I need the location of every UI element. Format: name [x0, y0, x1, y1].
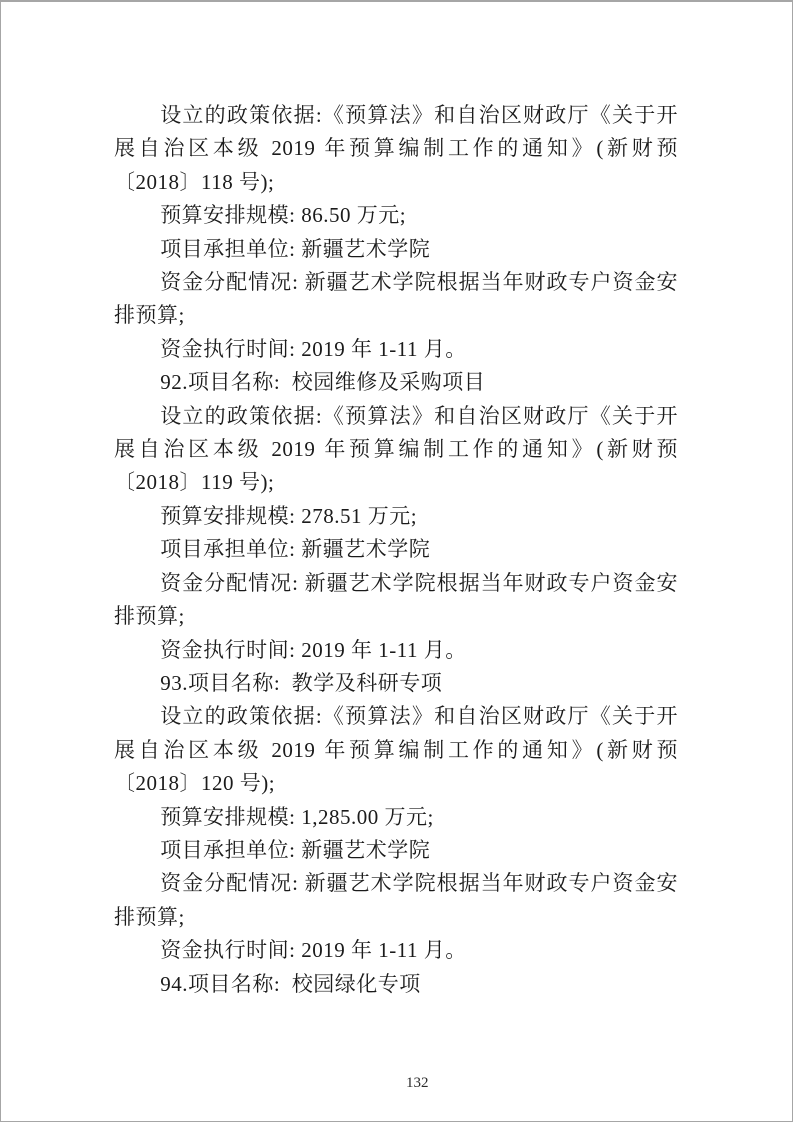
paragraph-policy-basis: 设立的政策依据:《预算法》和自治区财政厅《关于开展自治区本级 2019 年预算编… [114, 99, 678, 199]
page-body: 设立的政策依据:《预算法》和自治区财政厅《关于开展自治区本级 2019 年预算编… [114, 99, 678, 1001]
paragraph-undertaking-unit: 项目承担单位: 新疆艺术学院 [114, 533, 678, 566]
paragraph-fund-allocation: 资金分配情况: 新疆艺术学院根据当年财政专户资金安排预算; [114, 266, 678, 333]
paragraph-undertaking-unit: 项目承担单位: 新疆艺术学院 [114, 233, 678, 266]
paragraph-undertaking-unit: 项目承担单位: 新疆艺术学院 [114, 834, 678, 867]
paragraph-execution-time: 资金执行时间: 2019 年 1-11 月。 [114, 333, 678, 366]
paragraph-execution-time: 资金执行时间: 2019 年 1-11 月。 [114, 634, 678, 667]
paragraph-project-94-title: 94.项目名称: 校园绿化专项 [114, 968, 678, 1001]
paragraph-policy-basis: 设立的政策依据:《预算法》和自治区财政厅《关于开展自治区本级 2019 年预算编… [114, 700, 678, 800]
page-number: 132 [406, 1073, 429, 1093]
paragraph-policy-basis: 设立的政策依据:《预算法》和自治区财政厅《关于开展自治区本级 2019 年预算编… [114, 400, 678, 500]
paragraph-budget-scale: 预算安排规模: 278.51 万元; [114, 500, 678, 533]
paragraph-project-92-title: 92.项目名称: 校园维修及采购项目 [114, 366, 678, 399]
paragraph-execution-time: 资金执行时间: 2019 年 1-11 月。 [114, 934, 678, 967]
paragraph-project-93-title: 93.项目名称: 教学及科研专项 [114, 667, 678, 700]
paragraph-budget-scale: 预算安排规模: 86.50 万元; [114, 199, 678, 232]
paragraph-fund-allocation: 资金分配情况: 新疆艺术学院根据当年财政专户资金安排预算; [114, 567, 678, 634]
paragraph-fund-allocation: 资金分配情况: 新疆艺术学院根据当年财政专户资金安排预算; [114, 867, 678, 934]
document-page: 设立的政策依据:《预算法》和自治区财政厅《关于开展自治区本级 2019 年预算编… [0, 0, 793, 1122]
paragraph-budget-scale: 预算安排规模: 1,285.00 万元; [114, 801, 678, 834]
